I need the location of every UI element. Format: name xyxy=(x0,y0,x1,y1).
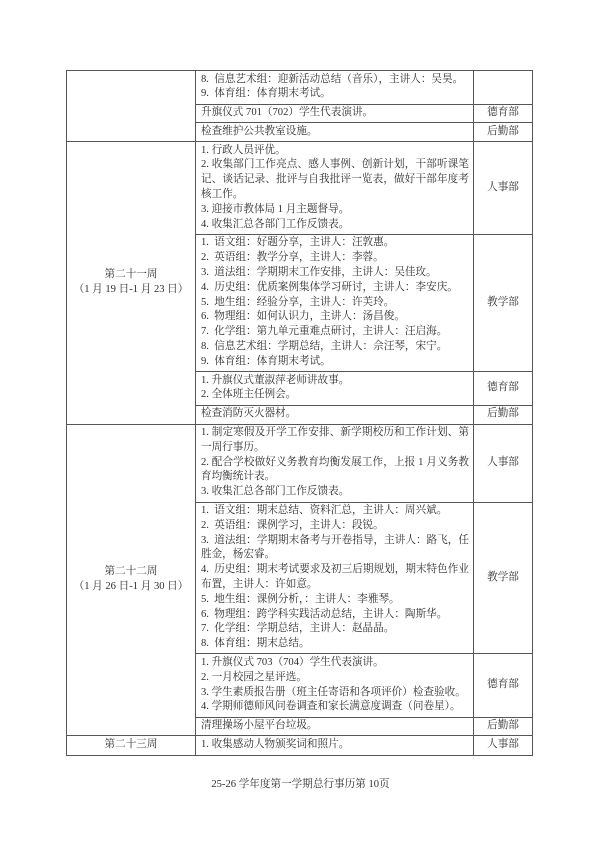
task-item: 1. 语文组：期末总结、资料汇总，主讲人：周兴斌。 xyxy=(201,504,469,519)
task-item: 清理操场小屋平台垃圾。 xyxy=(201,719,469,734)
task-item: 2. 收集部门工作亮点、感人事例、创新计划，干部听课笔记、谈话记录、批评与自我批… xyxy=(201,158,469,202)
task-item: 8. 信息艺术组：迎新活动总结（音乐），主讲人：吴昊。 xyxy=(201,73,469,88)
department-cell: 人事部 xyxy=(474,736,533,756)
task-item: 4. 历史组：期末考试要求及初三后期规划，期末特色作业布置，主讲人：许如意。 xyxy=(201,563,469,593)
department-cell: 德育部 xyxy=(474,104,533,123)
task-item: 1. 收集感动人物颁奖词和照片。 xyxy=(201,738,469,753)
task-item: 1. 语文组：好题分享，主讲人：汪敦惠。 xyxy=(201,236,469,251)
task-cell: 升旗仪式 701（702）学生代表演讲。 xyxy=(196,104,474,123)
task-item: 1. 升旗仪式董淑萍老师讲故事。 xyxy=(201,374,469,389)
task-item: 5. 地生组：经验分享，主讲人：许芙玲。 xyxy=(201,296,469,311)
task-item: 4. 收集汇总各部门工作反馈表。 xyxy=(201,218,469,233)
document-page: 8. 信息艺术组：迎新活动总结（音乐），主讲人：吴昊。9. 体育组：体育期末考试… xyxy=(0,0,601,850)
week-dates: （1 月 19 日-1 月 23 日） xyxy=(70,283,192,298)
task-item: 6. 物理组：跨学科实践活动总结，主讲人：陶斯华。 xyxy=(201,608,469,623)
department-cell: 人事部 xyxy=(474,424,533,502)
task-item: 8. 信息艺术组：学期总结，主讲人：佘汪琴，宋宁。 xyxy=(201,340,469,355)
task-item: 2. 全体班主任例会。 xyxy=(201,388,469,403)
task-item: 2. 英语组：教学分享，主讲人：李蓉。 xyxy=(201,251,469,266)
task-item: 7. 化学组：学期总结，主讲人：赵晶晶。 xyxy=(201,622,469,637)
week-cell: 第二十三周 xyxy=(67,736,196,756)
task-item: 2. 一月校园之星评选。 xyxy=(201,671,469,686)
task-item: 6. 物理组：如何认识力，主讲人：汤昌俊。 xyxy=(201,310,469,325)
schedule-table: 8. 信息艺术组：迎新活动总结（音乐），主讲人：吴昊。9. 体育组：体育期末考试… xyxy=(66,70,533,756)
task-item: 3. 收集汇总各部门工作反馈表。 xyxy=(201,485,469,500)
table-row: 8. 信息艺术组：迎新活动总结（音乐），主讲人：吴昊。9. 体育组：体育期末考试… xyxy=(67,71,533,105)
task-item: 9. 体育组：体育期末考试。 xyxy=(201,355,469,370)
task-item: 1. 行政人员评优。 xyxy=(201,144,469,159)
task-cell: 1. 语文组：期末总结、资料汇总，主讲人：周兴斌。2. 英语组：课例学习，主讲人… xyxy=(196,502,474,654)
task-item: 4. 历史组：优质案例集体学习研讨，主讲人：李安庆。 xyxy=(201,281,469,296)
table-row: 第二十二周（1 月 26 日-1 月 30 日）1. 制定寒假及开学工作安排、新… xyxy=(67,424,533,502)
task-item: 检查维护公共教室设施。 xyxy=(201,125,469,140)
week-dates: （1 月 26 日-1 月 30 日） xyxy=(70,580,192,595)
week-cell xyxy=(67,71,196,142)
task-cell: 1. 行政人员评优。2. 收集部门工作亮点、感人事例、创新计划，干部听课笔记、谈… xyxy=(196,142,474,235)
task-item: 9. 体育组：体育期末考试。 xyxy=(201,87,469,102)
table-row: 第二十三周1. 收集感动人物颁奖词和照片。人事部 xyxy=(67,736,533,756)
page-footer: 25-26 学年度第一学期总行事历第 10页 xyxy=(0,776,601,791)
table-row: 第二十一周（1 月 19 日-1 月 23 日）1. 行政人员评优。2. 收集部… xyxy=(67,142,533,235)
task-item: 8. 体育组：期末总结。 xyxy=(201,637,469,652)
week-label: 第二十二周 xyxy=(70,565,192,580)
department-cell: 教学部 xyxy=(474,234,533,371)
task-item: 7. 化学组：第九单元重难点研讨，主讲人：汪启海。 xyxy=(201,325,469,340)
week-label: 第二十三周 xyxy=(70,738,192,753)
task-cell: 1. 升旗仪式董淑萍老师讲故事。2. 全体班主任例会。 xyxy=(196,372,474,406)
task-cell: 检查消防灭火器材。 xyxy=(196,405,474,424)
task-item: 3. 道法组：学期期末备考与开卷指导，主讲人：路飞，任胜金，杨宏睿。 xyxy=(201,534,469,564)
task-item: 3. 学生素质报告册（班主任寄语和各项评价）检查验收。 xyxy=(201,686,469,701)
task-cell: 清理操场小屋平台垃圾。 xyxy=(196,717,474,736)
department-cell xyxy=(474,71,533,105)
department-cell: 后勤部 xyxy=(474,717,533,736)
task-item: 1. 制定寒假及开学工作安排、新学期校历和工作计划、第一周行事历。 xyxy=(201,426,469,456)
week-cell: 第二十一周（1 月 19 日-1 月 23 日） xyxy=(67,142,196,424)
task-item: 升旗仪式 701（702）学生代表演讲。 xyxy=(201,106,469,121)
department-cell: 后勤部 xyxy=(474,123,533,142)
department-cell: 教学部 xyxy=(474,502,533,654)
task-item: 2. 英语组：课例学习，主讲人：段锐。 xyxy=(201,519,469,534)
task-cell: 1. 制定寒假及开学工作安排、新学期校历和工作计划、第一周行事历。2. 配合学校… xyxy=(196,424,474,502)
task-item: 1. 升旗仪式 703（704）学生代表演讲。 xyxy=(201,656,469,671)
task-item: 3. 迎接市教体局 1 月主题督导。 xyxy=(201,203,469,218)
task-item: 3. 道法组：学期期末工作安排，主讲人：吴佳玫。 xyxy=(201,266,469,281)
task-cell: 1. 收集感动人物颁奖词和照片。 xyxy=(196,736,474,756)
department-cell: 德育部 xyxy=(474,654,533,717)
task-cell: 1. 升旗仪式 703（704）学生代表演讲。2. 一月校园之星评选。3. 学生… xyxy=(196,654,474,717)
task-cell: 8. 信息艺术组：迎新活动总结（音乐），主讲人：吴昊。9. 体育组：体育期末考试… xyxy=(196,71,474,105)
week-label: 第二十一周 xyxy=(70,268,192,283)
week-cell: 第二十二周（1 月 26 日-1 月 30 日） xyxy=(67,424,196,736)
department-cell: 德育部 xyxy=(474,372,533,406)
task-cell: 检查维护公共教室设施。 xyxy=(196,123,474,142)
task-cell: 1. 语文组：好题分享，主讲人：汪敦惠。2. 英语组：教学分享，主讲人：李蓉。3… xyxy=(196,234,474,371)
department-cell: 人事部 xyxy=(474,142,533,235)
department-cell: 后勤部 xyxy=(474,405,533,424)
task-item: 5. 地生组：课例分析，：主讲人：李雅琴。 xyxy=(201,593,469,608)
task-item: 2. 配合学校做好义务教育均衡发展工作，上报 1 月义务教育均衡统计表。 xyxy=(201,456,469,486)
task-item: 检查消防灭火器材。 xyxy=(201,407,469,422)
task-item: 4. 学期师德师风问卷调查和家长满意度调查（问卷星）。 xyxy=(201,700,469,715)
